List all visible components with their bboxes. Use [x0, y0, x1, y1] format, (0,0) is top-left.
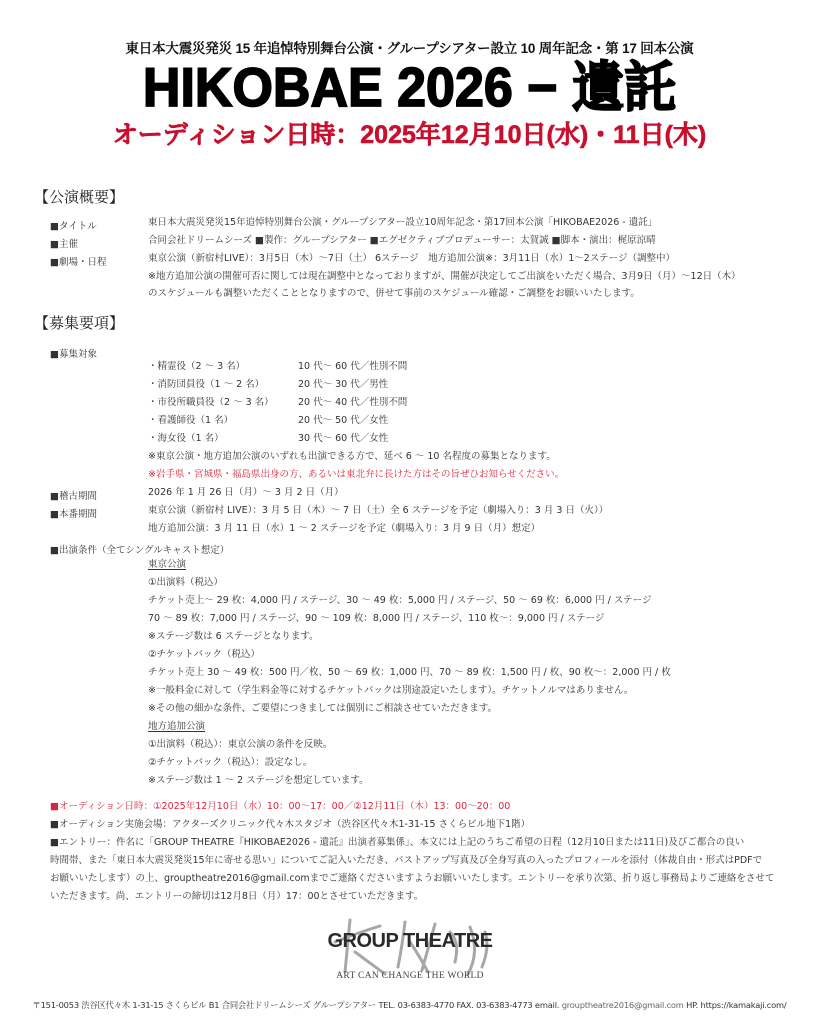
recruitment-note-red: ※岩手県・宮城県・福島県出身の方、あるいは東北弁に長けた方はその旨ぜひお知らせく… — [148, 466, 564, 484]
recruitment-target-label: ■募集対象 — [50, 346, 97, 360]
overview-venue-note-1: ※地方追加公演の開催可否に関しては現在調整中となっておりますが、開催が決定してご… — [148, 268, 741, 286]
overview-value-venue-schedule: 東京公演（新宿村LIVE）：3月5日（木）〜7日（土） 6ステージ 地方追加公演… — [148, 250, 675, 268]
role-name: ・市役所職員役（2 〜 3 名） — [148, 394, 274, 412]
rehearsal-label: ■稽古期間 — [50, 488, 97, 502]
regional-condition-line: ②チケットバック（税込）：設定なし。 — [148, 754, 312, 772]
regional-condition-line: ※ステージ数は 1 〜 2 ステージを想定しています。 — [148, 772, 369, 790]
audition-datetime-heading: オーディション日時：2025年12月10日(水)・11日(木) — [0, 118, 819, 152]
footer-address: 〒151-0053 渋谷区代々木 1-31-15 さくらビル B1 合同会社ドリ… — [32, 1000, 561, 1010]
role-name: ・消防団員役（1 〜 2 名） — [148, 376, 264, 394]
overview-heading: 【公演概要】 — [34, 186, 124, 207]
event-title-latin: HIKOBAE 2026 − — [143, 58, 572, 119]
role-requirement: 20 代〜 30 代／男性 — [298, 376, 388, 394]
overview-label-venue-schedule: ■劇場・日程 — [50, 254, 106, 268]
tokyo-condition-line: ※その他の細かな条件、ご要望につきましては個別にご相談させていただきます。 — [148, 700, 497, 718]
overview-venue-note-2: のスケジュールも調整いただくこととなりますので、併せて事前のスケジュール確認・ご… — [148, 285, 640, 303]
entry-line: ■エントリー：件名に「GROUP THEATRE『HIKOBAE2026 - 遺… — [50, 834, 744, 852]
role-requirement: 20 代〜 50 代／女性 — [298, 412, 388, 430]
group-theatre-logo: GROUP THEATRE ART CAN CHANGE THE WORLD — [310, 912, 510, 992]
role-name: ・精霊役（2 〜 3 名） — [148, 358, 245, 376]
logo-tagline: ART CAN CHANGE THE WORLD — [310, 971, 510, 981]
role-requirement: 30 代〜 60 代／女性 — [298, 430, 388, 448]
event-title: HIKOBAE 2026 − 遺託 — [0, 57, 819, 120]
performance-regional: 地方追加公演：3 月 11 日（水）1 〜 2 ステージを予定（劇場入り：3 月… — [148, 520, 540, 538]
tokyo-condition-line: ※一般料金に対して（学生料金等に対するチケットバックは別途設定いたします）。チケ… — [148, 682, 633, 700]
recruitment-note: ※東京公演・地方追加公演のいずれも出演できる方で、延べ 6 〜 10 名程度の募… — [148, 448, 556, 466]
audition-venue-line: ■オーディション実施会場：アクターズクリニック代々木スタジオ（渋谷区代々木1-3… — [50, 816, 530, 834]
audition-datetime-line: ■オーディション日時：①2025年12月10日（水）10：00〜17：00／②1… — [50, 798, 510, 816]
performance-tokyo: 東京公演（新宿村 LIVE）：3 月 5 日（木）〜 7 日（土）全 6 ステー… — [148, 502, 608, 520]
tokyo-condition-line: ※ステージ数は 6 ステージとなります。 — [148, 628, 319, 646]
tokyo-condition-line: ②チケットバック（税込） — [148, 646, 260, 664]
logo-name: GROUP THEATRE — [310, 930, 510, 953]
overview-value-title: 東日本大震災発災15年追悼特別舞台公演・グループシアター設立10周年記念・第17… — [148, 214, 657, 232]
conditions-label: ■出演条件（全てシングルキャスト想定） — [50, 542, 229, 556]
rehearsal-value: 2026 年 1 月 26 日（月）〜 3 月 2 日（月） — [148, 484, 344, 502]
overview-label-title: ■タイトル — [50, 218, 97, 232]
tokyo-condition-line: 70 〜 89 枚：7,000 円 / ステージ、90 〜 109 枚：8,00… — [148, 610, 604, 628]
regional-conditions-heading: 地方追加公演 — [148, 718, 205, 736]
role-name: ・海女役（1 名） — [148, 430, 224, 448]
tokyo-condition-line: ①出演料（税込） — [148, 574, 223, 592]
tokyo-condition-line: チケット売上〜 29 枚：4,000 円 / ステージ、30 〜 49 枚：5,… — [148, 592, 651, 610]
footer-homepage[interactable]: HP. https://kamakaji.com/ — [684, 1000, 787, 1010]
event-title-kanji: 遺託 — [572, 58, 676, 119]
footer-contact: 〒151-0053 渋谷区代々木 1-31-15 さくらビル B1 合同会社ドリ… — [0, 999, 819, 1011]
role-requirement: 20 代〜 40 代／性別不問 — [298, 394, 407, 412]
event-subtitle: 東日本大震災発災 15 年追悼特別舞台公演・グループシアター設立 10 周年記念… — [0, 37, 819, 57]
tokyo-conditions-heading: 東京公演 — [148, 556, 186, 574]
entry-line: 時間帯、また「東日本大震災発災15年に寄せる思い」についてご記入いただき、バスト… — [50, 852, 762, 870]
regional-condition-line: ①出演料（税込）：東京公演の条件を反映。 — [148, 736, 332, 754]
entry-line: お願いいたします）の上、grouptheatre2016@gmail.comまで… — [50, 870, 774, 888]
overview-value-organizer: 合同会社ドリームシーズ ■製作：グループシアター ■エグゼクティブプロデューサー… — [148, 232, 656, 250]
performance-label: ■本番期間 — [50, 506, 97, 520]
tokyo-condition-line: チケット売上 30 〜 49 枚：500 円／枚、50 〜 69 枚：1,000… — [148, 664, 671, 682]
footer-email[interactable]: grouptheatre2016@gmail.com — [562, 1000, 684, 1010]
role-requirement: 10 代〜 60 代／性別不問 — [298, 358, 407, 376]
recruitment-heading: 【募集要項】 — [34, 312, 124, 333]
overview-label-organizer: ■主催 — [50, 236, 78, 250]
role-name: ・看護師役（1 名） — [148, 412, 233, 430]
entry-line: いただきます。尚、エントリーの締切は12月8日（月）17：00とさせていただきま… — [50, 888, 423, 906]
